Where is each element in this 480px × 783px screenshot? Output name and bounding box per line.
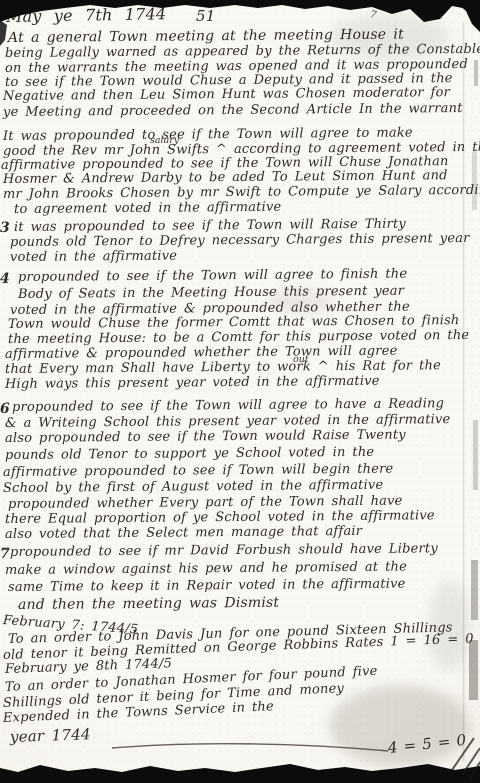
scan-edge-right-mark xyxy=(469,640,478,700)
manuscript-line: pounds old Tenor to Defrey necessary Cha… xyxy=(10,232,470,250)
manuscript-line: pounds old Tenor to support ye School vo… xyxy=(5,446,374,464)
scan-edge-right-mark xyxy=(474,60,478,86)
scan-edge-bottom xyxy=(0,764,480,783)
manuscript-line: voted in the affirmative xyxy=(10,250,177,266)
manuscript-page: May ye 7th 1744 51 7 At a general Town m… xyxy=(0,0,480,783)
inserted-word: out xyxy=(293,355,309,366)
manuscript-line: also propounded to see if the Town would… xyxy=(5,429,406,447)
scan-edge-right-mark xyxy=(471,560,478,620)
manuscript-line: ye Meeting and proceeded on the Second A… xyxy=(3,102,463,120)
manuscript-line: and then the meeting was Dismist xyxy=(18,596,279,614)
manuscript-line: also voted that the Select men manage th… xyxy=(5,525,362,542)
scan-edge-right-mark xyxy=(472,150,477,210)
manuscript-line: propounded to see if the Town will agree… xyxy=(18,268,407,286)
article-number: 3 xyxy=(0,221,10,236)
manuscript-line: to agreement voted in the affirmative xyxy=(14,201,282,218)
sum-total-amount: 4 = 5 = 0 xyxy=(387,732,467,757)
manuscript-line: propounded to see if mr David Forbush sh… xyxy=(10,542,438,560)
manuscript-line: High ways this present year voted in the… xyxy=(5,375,380,393)
corner-mark: 7 xyxy=(369,9,378,21)
paper-crease xyxy=(462,22,465,762)
manuscript-line: make a window against his pew and he pro… xyxy=(5,560,407,578)
article-number: 4 xyxy=(0,272,10,287)
scan-corner-blob xyxy=(452,0,480,32)
page-date-heading: May ye 7th 1744 xyxy=(6,5,167,25)
manuscript-line: year 1744 xyxy=(10,726,91,745)
article-number: 7 xyxy=(0,547,10,562)
page-number: 51 xyxy=(196,8,216,25)
scan-edge-right-mark xyxy=(473,420,478,490)
inserted-word: salary xyxy=(150,136,179,147)
manuscript-line: same Time to keep it in Repair voted in … xyxy=(8,578,406,596)
ledger-rule-dash xyxy=(112,744,388,751)
